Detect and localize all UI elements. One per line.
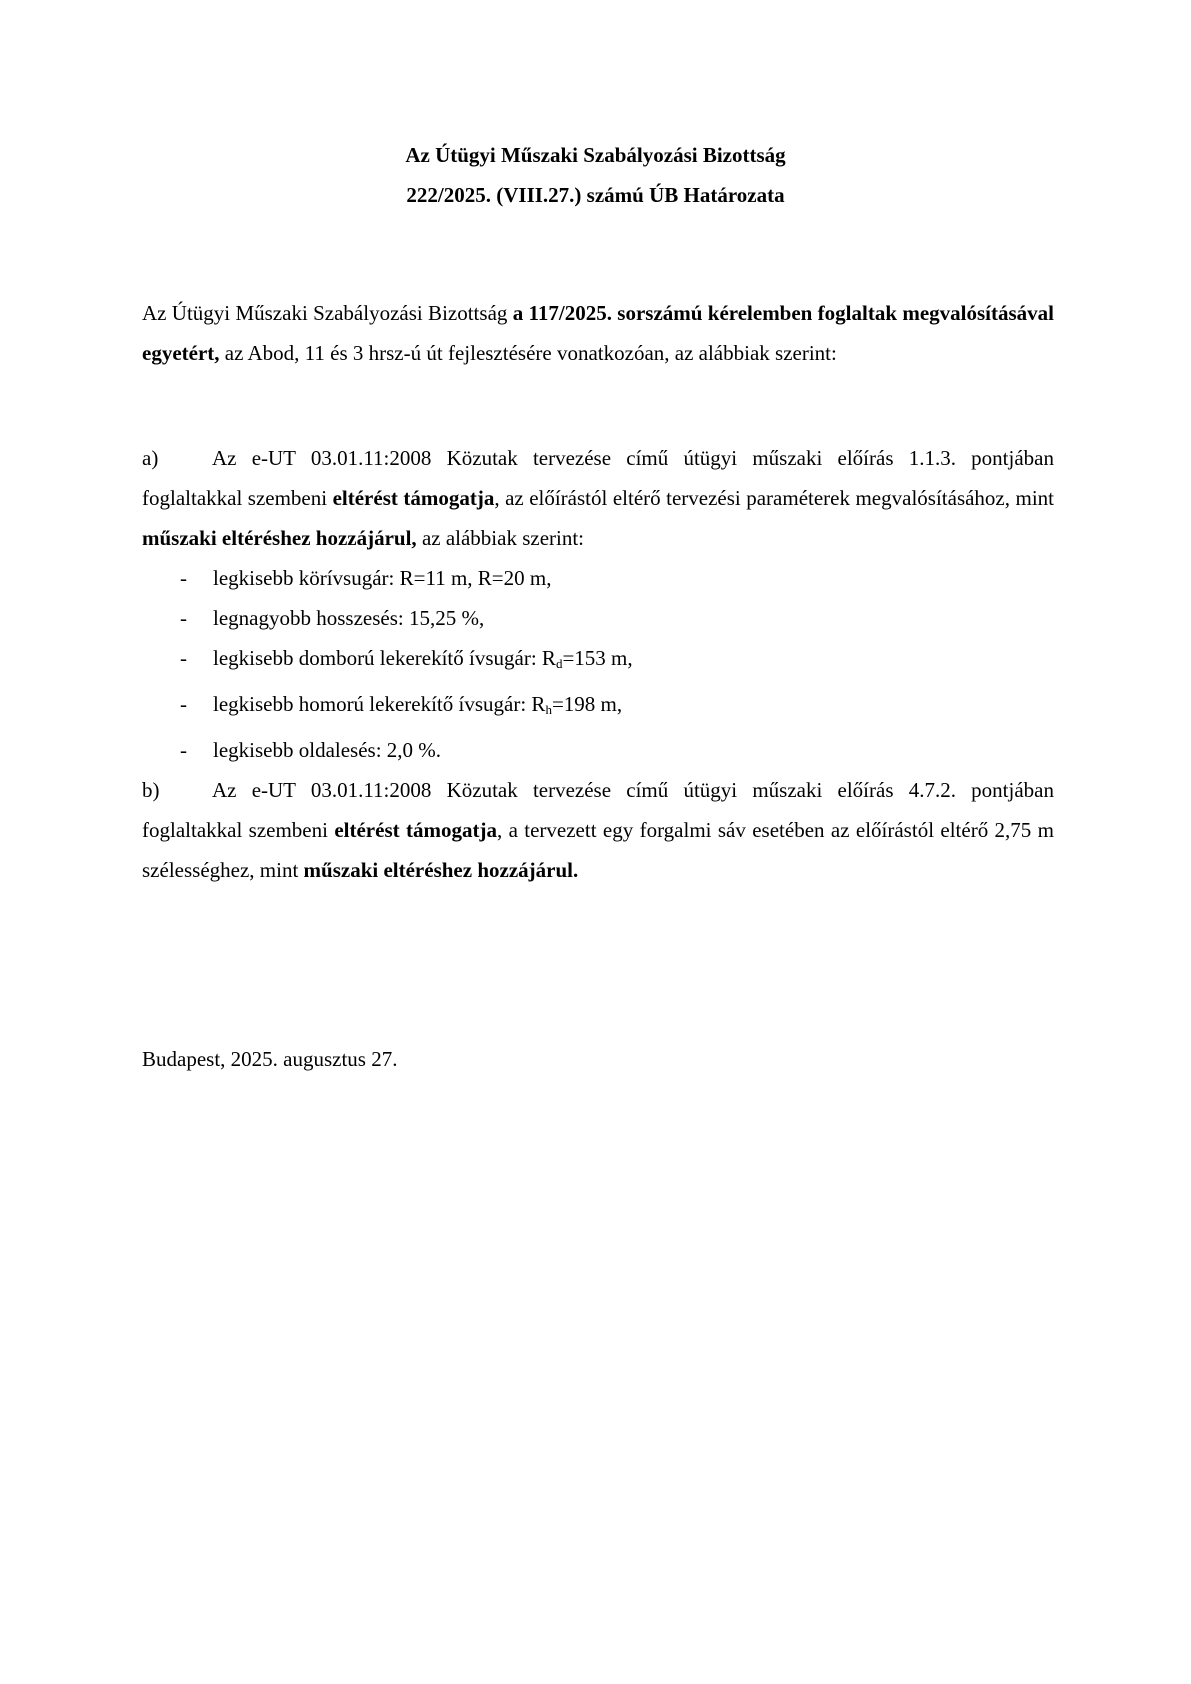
section-label: b) [142, 770, 212, 810]
list-item: -legkisebb körívsugár: R=11 m, R=20 m, [142, 558, 1054, 598]
section-a: a)Az e-UT 03.01.11:2008 Közutak tervezés… [142, 438, 1054, 770]
document-title: Az Útügyi Műszaki Szabályozási Bizottság [0, 143, 1191, 168]
list-item: -legkisebb oldalesés: 2,0 %. [142, 730, 1054, 770]
list-item: -legnagyobb hosszesés: 15,25 %, [142, 598, 1054, 638]
intro-paragraph: Az Útügyi Műszaki Szabályozási Bizottság… [142, 293, 1054, 373]
section-label: a) [142, 438, 212, 478]
document-page: Az Útügyi Műszaki Szabályozási Bizottság… [0, 0, 1191, 1684]
list-item: -legkisebb homorú lekerekítő ívsugár: Rh… [142, 684, 1054, 730]
place-and-date: Budapest, 2025. augusztus 27. [142, 1047, 397, 1072]
list-item: -legkisebb domború lekerekítő ívsugár: R… [142, 638, 1054, 684]
section-b: b)Az e-UT 03.01.11:2008 Közutak tervezés… [142, 770, 1054, 890]
parameter-list: -legkisebb körívsugár: R=11 m, R=20 m, -… [142, 558, 1054, 770]
resolution-number: 222/2025. (VIII.27.) számú ÚB Határozata [0, 183, 1191, 208]
